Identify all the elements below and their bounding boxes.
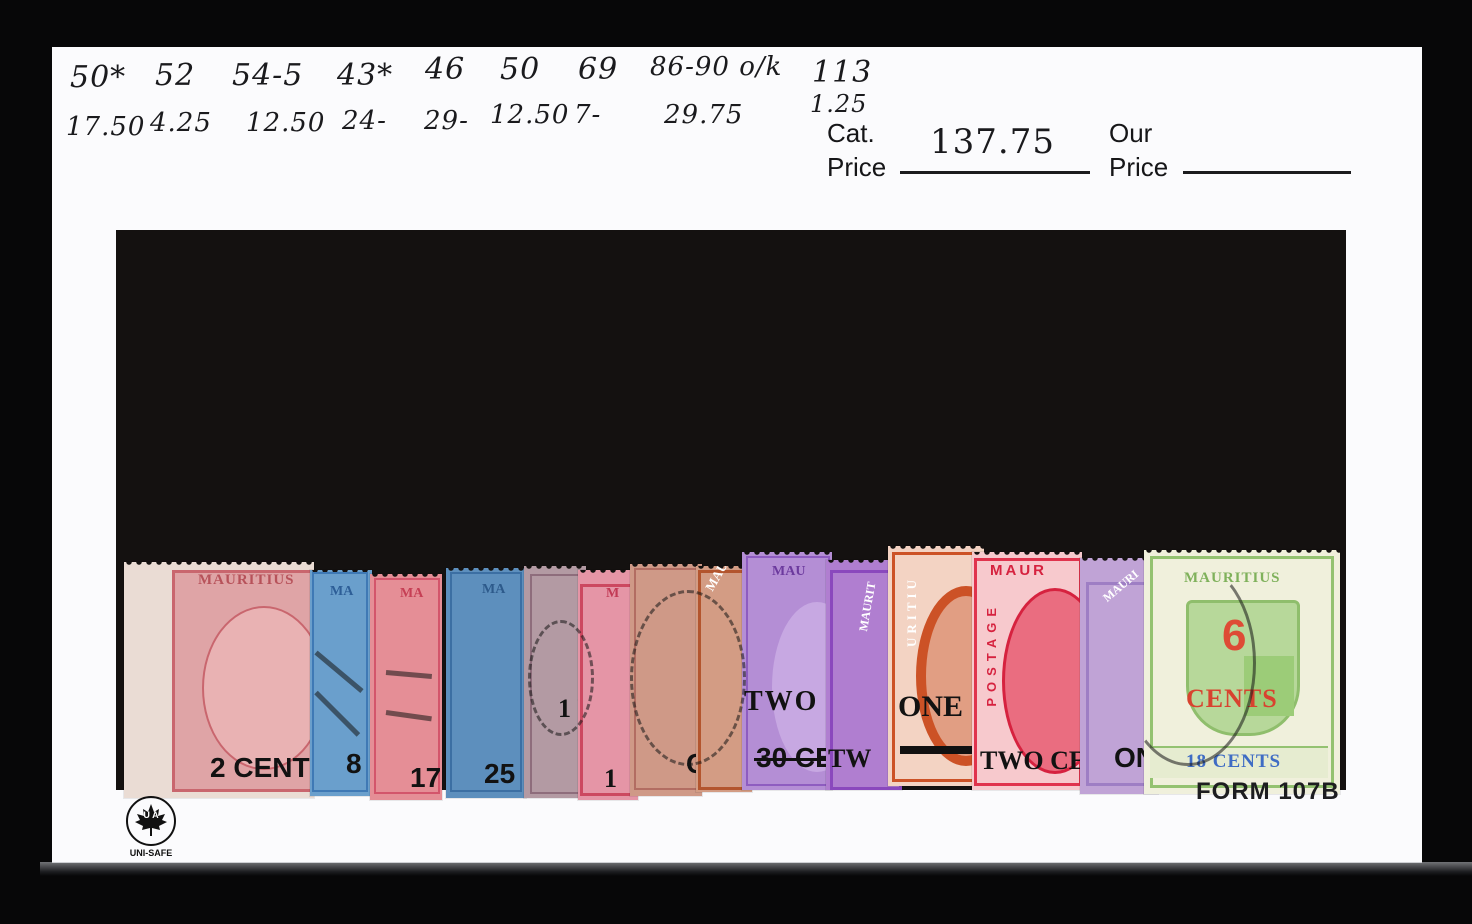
stamp-country: MA bbox=[482, 582, 505, 598]
postmark-cancel bbox=[630, 590, 746, 766]
our-price-label-line1: Our bbox=[1109, 120, 1152, 146]
brand-logo-letters: U A bbox=[128, 810, 174, 820]
brand-logo: U A UNI-SAFE bbox=[125, 796, 177, 858]
stamp-country: M bbox=[606, 586, 619, 602]
postmark-cancel bbox=[528, 620, 594, 736]
stamp-country: MAU bbox=[772, 564, 805, 580]
catalog-number: 43* bbox=[337, 58, 393, 93]
our-price-label-line2: Price bbox=[1109, 154, 1168, 180]
cat-price-label-line2: Price bbox=[827, 154, 886, 180]
maple-leaf-icon: U A bbox=[126, 796, 176, 846]
catalog-number: 50 bbox=[500, 52, 540, 87]
catalog-value: 12.50 bbox=[490, 100, 569, 130]
stamp-surcharge: TW bbox=[828, 746, 871, 772]
catalog-number: 46 bbox=[425, 52, 465, 87]
catalog-number: 52 bbox=[155, 58, 195, 93]
stamp-two-violet[interactable]: MAU TWO 30 CE bbox=[742, 552, 832, 790]
our-price-line[interactable] bbox=[1183, 171, 1351, 174]
catalog-value: 17.50 bbox=[66, 112, 145, 142]
stamp-surcharge: TWO CE bbox=[980, 748, 1082, 774]
stamp-country: MAUR bbox=[990, 562, 1047, 579]
stamp-8-blue[interactable]: MA 8 bbox=[310, 570, 372, 796]
catalog-number: 69 bbox=[578, 52, 618, 87]
catalog-value: 29.75 bbox=[664, 100, 743, 130]
catalog-value: 12.50 bbox=[246, 108, 325, 138]
cat-price-label-line1: Cat. bbox=[827, 120, 875, 146]
stamp-one-vermilion[interactable]: URITIU ONE bbox=[888, 546, 984, 786]
cat-price-value: 137.75 bbox=[930, 122, 1055, 162]
card-edge bbox=[40, 862, 1472, 876]
brand-name: UNI-SAFE bbox=[125, 848, 177, 858]
stamp-surcharge: 25 bbox=[484, 760, 515, 788]
catalog-number: 50* bbox=[70, 60, 126, 95]
catalog-number: 113 bbox=[812, 55, 872, 90]
stamp-surcharge: 2 CENTS bbox=[210, 754, 314, 782]
stamp-country: MA bbox=[400, 586, 423, 602]
stamp-surcharge: 1 bbox=[604, 766, 617, 792]
stamp-surcharge: 17 bbox=[410, 764, 441, 792]
cat-price-line bbox=[900, 171, 1090, 174]
catalog-number: 86-90 o/k bbox=[650, 52, 782, 82]
postmark-cancel bbox=[1120, 560, 1256, 766]
catalog-number: 54-5 bbox=[232, 58, 303, 93]
form-number: FORM 107B bbox=[1196, 778, 1340, 806]
stamp-surcharge: ONE bbox=[898, 692, 963, 722]
stamp-surcharge: 8 bbox=[346, 750, 362, 778]
catalog-value: 24- bbox=[342, 106, 387, 136]
stamp-tablet: POSTAGE bbox=[984, 602, 999, 707]
stamp-country: MA bbox=[330, 584, 353, 600]
stamp-country: MAURITIUS bbox=[198, 572, 295, 589]
stamp-17-pink[interactable]: MA 17 bbox=[370, 574, 442, 800]
catalog-value: 7- bbox=[574, 100, 601, 130]
stamp-country: URITIU bbox=[904, 576, 920, 647]
stamp-25-blue[interactable]: MA 25 bbox=[446, 568, 526, 798]
stamp-2-cents-rose[interactable]: MAURITIUS 2 CENTS bbox=[124, 562, 314, 798]
catalog-value: 29- bbox=[424, 106, 469, 136]
catalog-value: 1.25 bbox=[810, 90, 867, 118]
stamp-surcharge: TWO bbox=[744, 688, 818, 716]
stamp-two-carmine[interactable]: MAUR POSTAGE TWO CE bbox=[972, 552, 1082, 790]
catalog-value: 4.25 bbox=[150, 108, 212, 138]
